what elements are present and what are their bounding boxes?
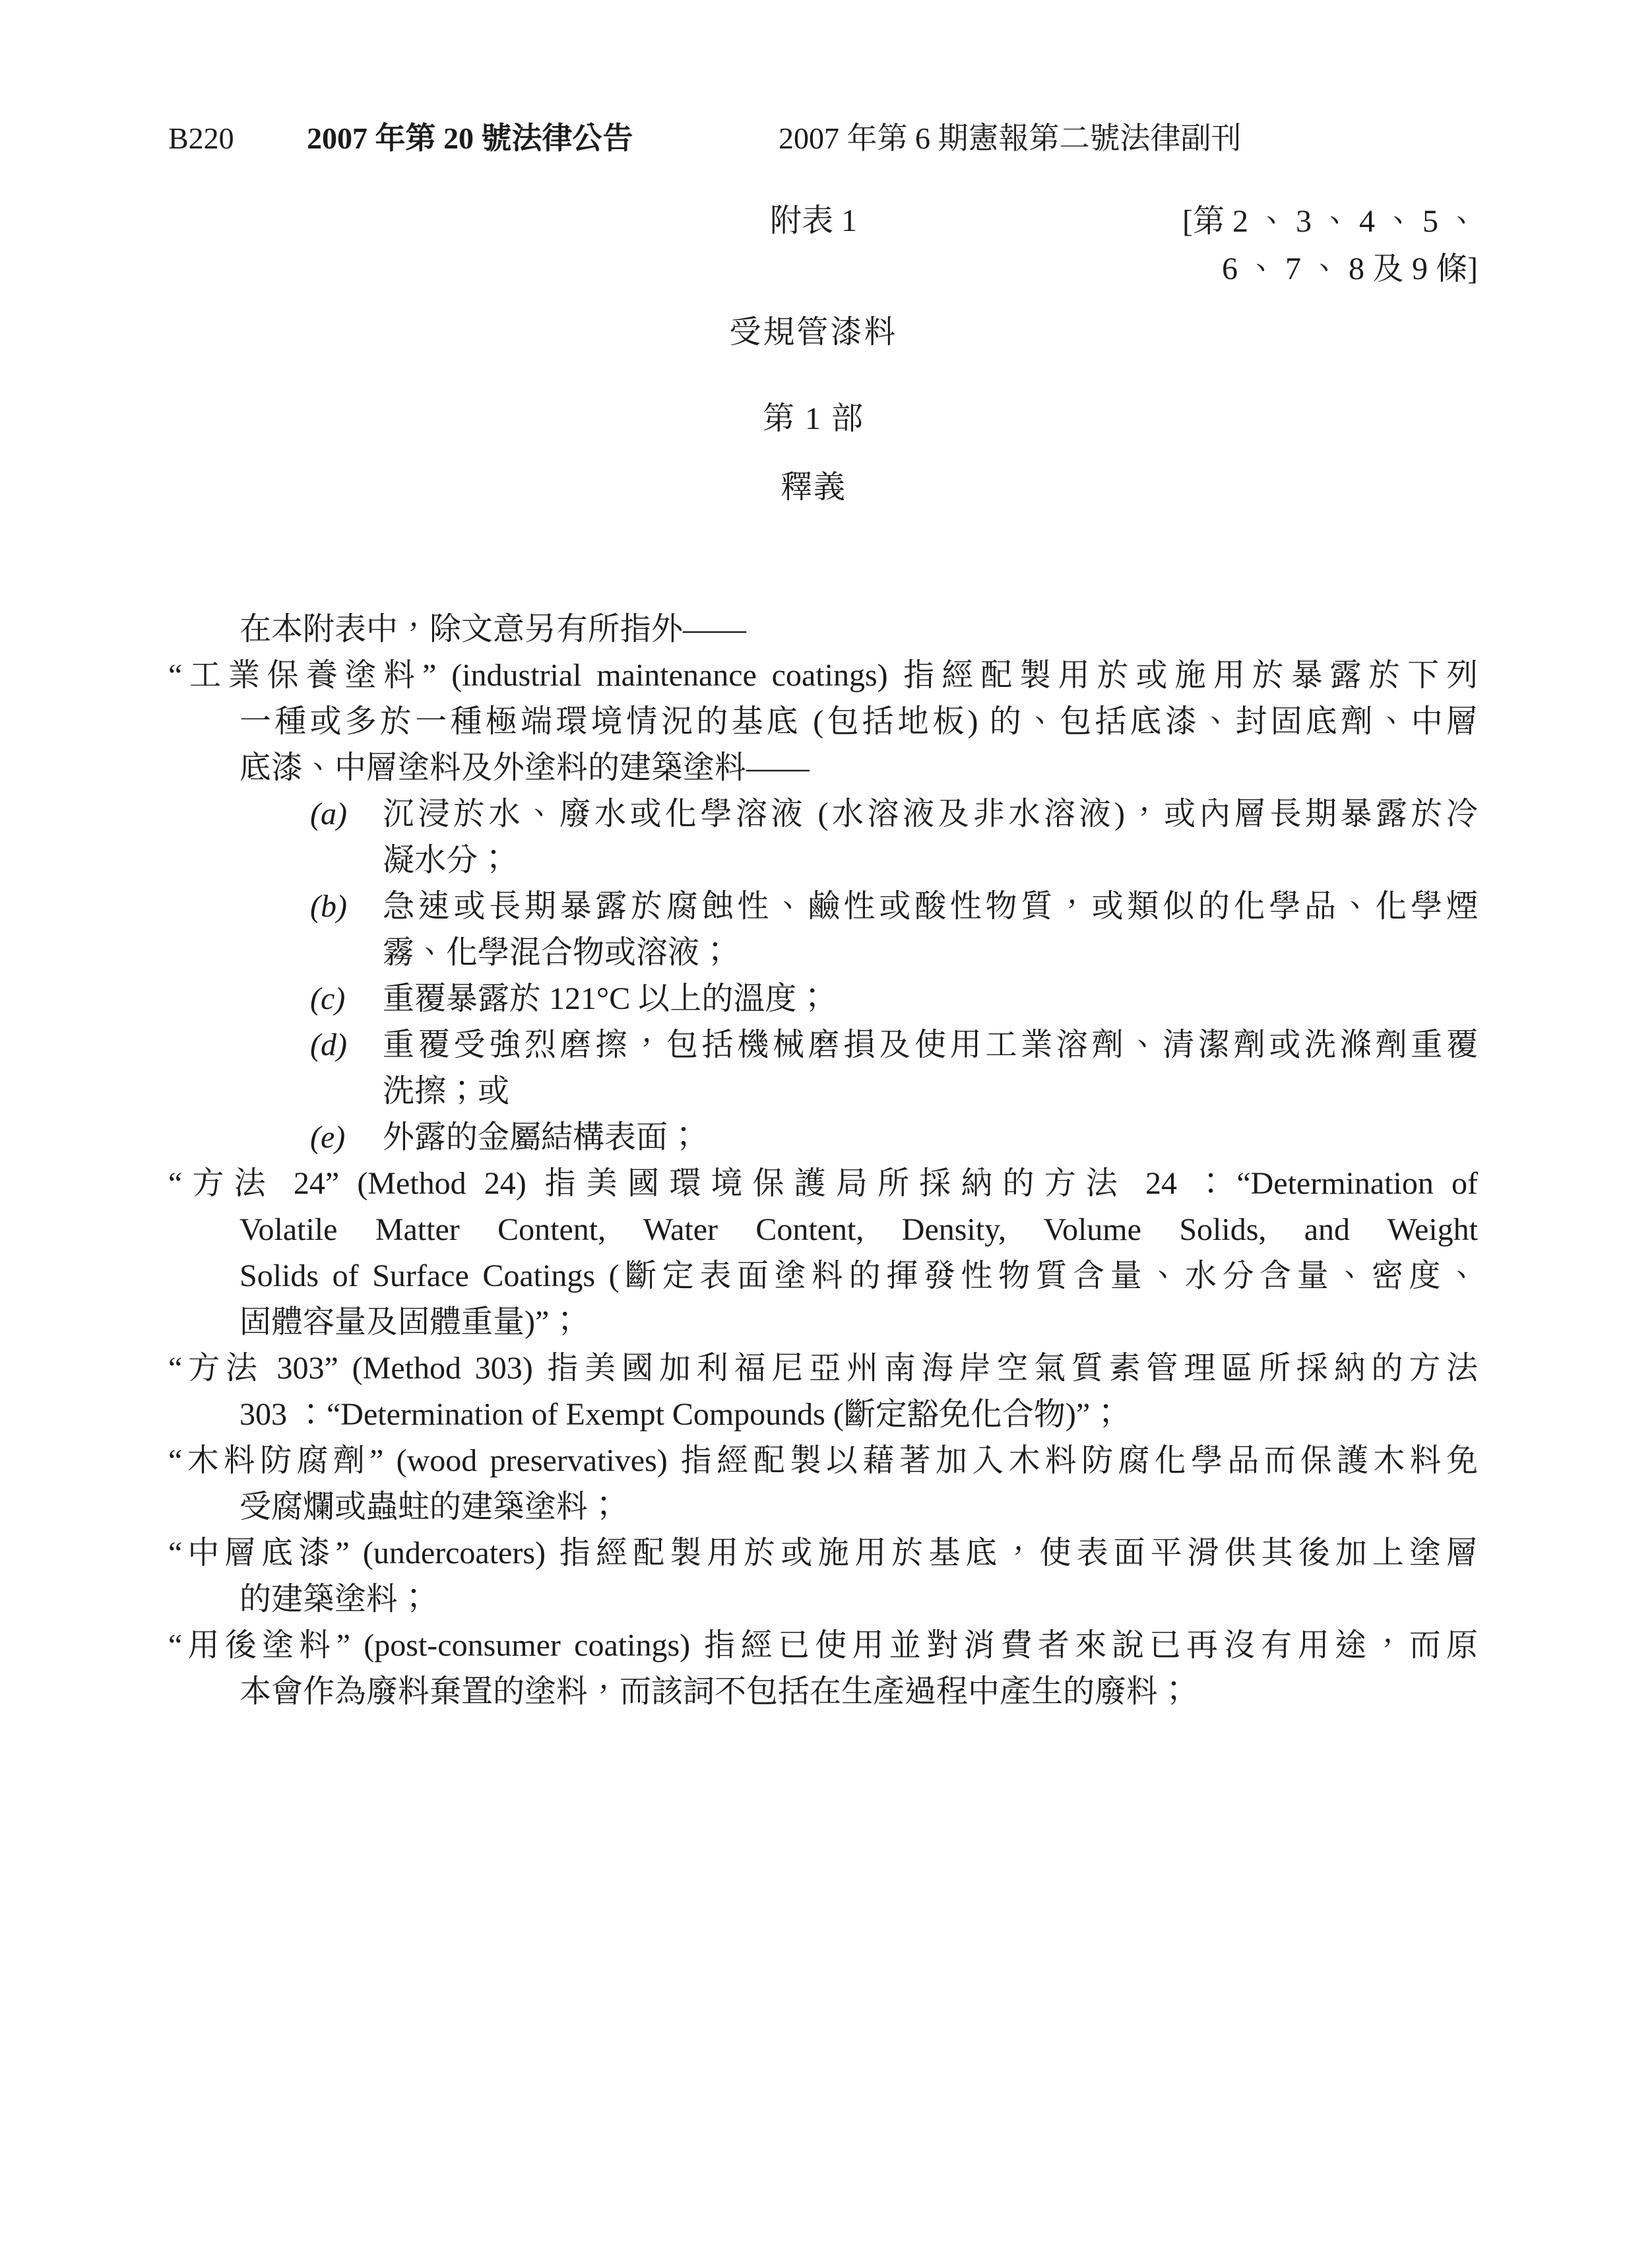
body-line: 凝水分； bbox=[168, 837, 1478, 884]
body-line: 一種或多於一種極端環境情況的基底 (包括地板) 的、包括底漆、封固底劑、中層 bbox=[168, 699, 1478, 745]
line-text: “方法 303” (Method 303) 指美國加利福尼亞州南海岸空氣質素管理… bbox=[168, 1345, 1478, 1392]
line-text: 重覆受強烈磨擦，包括機械磨損及使用工業溶劑、清潔劑或洗滌劑重覆 bbox=[383, 1022, 1478, 1068]
line-text: 的建築塗料； bbox=[239, 1576, 1478, 1623]
definition-list-line: (e)外露的金屬結構表面； bbox=[168, 1115, 1478, 1161]
body-line: 303 ：“Determination of Exempt Compounds … bbox=[168, 1392, 1478, 1438]
gazette-page: B220 2007 年第 20 號法律公告 2007 年第 6 期憲報第二號法律… bbox=[0, 0, 1627, 2268]
line-text: 本會作為廢料棄置的塗料，而該詞不包括在生產過程中產生的廢料； bbox=[239, 1669, 1478, 1715]
line-text: “用後塗料” (post-consumer coatings) 指經已使用並對消… bbox=[168, 1623, 1478, 1669]
gazette-title: 2007 年第 6 期憲報第二號法律副刊 bbox=[779, 123, 1242, 154]
line-text: 霧、化學混合物或溶液； bbox=[383, 930, 1478, 976]
line-text: “工業保養塗料” (industrial maintenance coating… bbox=[168, 653, 1478, 699]
body-line: 本會作為廢料棄置的塗料，而該詞不包括在生產過程中產生的廢料； bbox=[168, 1669, 1478, 1715]
line-text: 急速或長期暴露於腐蝕性、鹼性或酸性物質，或類似的化學品、化學煙 bbox=[383, 884, 1478, 930]
body-line: 洗擦；或 bbox=[168, 1068, 1478, 1115]
running-header: B220 2007 年第 20 號法律公告 2007 年第 6 期憲報第二號法律… bbox=[0, 123, 1627, 156]
list-item-marker: (e) bbox=[310, 1115, 345, 1161]
line-text: 底漆、中層塗料及外塗料的建築塗料—— bbox=[239, 745, 1478, 791]
definition-list-line: (a)沉浸於水、廢水或化學溶液 (水溶液及非水溶液)，或內層長期暴露於冷 bbox=[168, 791, 1478, 837]
list-item-marker: (a) bbox=[310, 791, 347, 837]
list-item-marker: (c) bbox=[310, 976, 345, 1022]
body-line: 受腐爛或蟲蛀的建築塗料； bbox=[168, 1484, 1478, 1530]
list-item-marker: (b) bbox=[310, 884, 347, 930]
line-text: 在本附表中，除文意另有所指外—— bbox=[239, 606, 1478, 653]
part-heading: 釋義 bbox=[0, 465, 1627, 511]
body-line: Volatile Matter Content, Water Content, … bbox=[168, 1207, 1478, 1253]
section-references-line2: 6 、 7 、 8 及 9 條] bbox=[1182, 245, 1478, 293]
body-line: “方法 24” (Method 24) 指美國環境保護局所採納的方法 24 ：“… bbox=[168, 1161, 1478, 1207]
schedule-title: 受規管漆料 bbox=[0, 309, 1627, 356]
line-text: 一種或多於一種極端環境情況的基底 (包括地板) 的、包括底漆、封固底劑、中層 bbox=[239, 699, 1478, 745]
body-line: “工業保養塗料” (industrial maintenance coating… bbox=[168, 653, 1478, 699]
line-text: Solids of Surface Coatings (斷定表面塗料的揮發性物質… bbox=[239, 1253, 1478, 1299]
line-text: 受腐爛或蟲蛀的建築塗料； bbox=[239, 1484, 1478, 1530]
line-text: 凝水分； bbox=[383, 837, 1478, 884]
list-item-marker: (d) bbox=[310, 1022, 347, 1068]
definition-list-line: (b)急速或長期暴露於腐蝕性、鹼性或酸性物質，或類似的化學品、化學煙 bbox=[168, 884, 1478, 930]
line-text: 洗擦；或 bbox=[383, 1068, 1478, 1115]
line-text: 303 ：“Determination of Exempt Compounds … bbox=[239, 1392, 1478, 1438]
body-line: 的建築塗料； bbox=[168, 1576, 1478, 1623]
section-references-line1: [第 2 、 3 、 4 、 5 、 bbox=[1182, 198, 1478, 245]
line-text: 重覆暴露於 121°C 以上的溫度； bbox=[383, 976, 1478, 1022]
section-references: [第 2 、 3 、 4 、 5 、 6 、 7 、 8 及 9 條] bbox=[1182, 198, 1478, 293]
line-text: Volatile Matter Content, Water Content, … bbox=[239, 1207, 1478, 1253]
page-number: B220 bbox=[168, 123, 234, 154]
legal-notice-title: 2007 年第 20 號法律公告 bbox=[307, 123, 633, 154]
body: 在本附表中，除文意另有所指外——“工業保養塗料” (industrial mai… bbox=[168, 606, 1478, 1715]
line-text: 沉浸於水、廢水或化學溶液 (水溶液及非水溶液)，或內層長期暴露於冷 bbox=[383, 791, 1478, 837]
body-line: “用後塗料” (post-consumer coatings) 指經已使用並對消… bbox=[168, 1623, 1478, 1669]
body-line: 霧、化學混合物或溶液； bbox=[168, 930, 1478, 976]
body-line: 在本附表中，除文意另有所指外—— bbox=[168, 606, 1478, 653]
body-line: “中層底漆” (undercoaters) 指經配製用於或施用於基底，使表面平滑… bbox=[168, 1530, 1478, 1576]
definition-list-line: (c)重覆暴露於 121°C 以上的溫度； bbox=[168, 976, 1478, 1022]
body-line: 底漆、中層塗料及外塗料的建築塗料—— bbox=[168, 745, 1478, 791]
line-text: “方法 24” (Method 24) 指美國環境保護局所採納的方法 24 ：“… bbox=[168, 1161, 1478, 1207]
line-text: “木料防腐劑” (wood preservatives) 指經配製以藉著加入木料… bbox=[168, 1438, 1478, 1484]
body-line: Solids of Surface Coatings (斷定表面塗料的揮發性物質… bbox=[168, 1253, 1478, 1299]
body-line: “方法 303” (Method 303) 指美國加利福尼亞州南海岸空氣質素管理… bbox=[168, 1345, 1478, 1392]
line-text: “中層底漆” (undercoaters) 指經配製用於或施用於基底，使表面平滑… bbox=[168, 1530, 1478, 1576]
definition-list-line: (d)重覆受強烈磨擦，包括機械磨損及使用工業溶劑、清潔劑或洗滌劑重覆 bbox=[168, 1022, 1478, 1068]
part-number: 第 1 部 bbox=[0, 396, 1627, 442]
body-line: “木料防腐劑” (wood preservatives) 指經配製以藉著加入木料… bbox=[168, 1438, 1478, 1484]
line-text: 外露的金屬結構表面； bbox=[383, 1115, 1478, 1161]
line-text: 固體容量及固體重量)”； bbox=[239, 1299, 1478, 1345]
body-line: 固體容量及固體重量)”； bbox=[168, 1299, 1478, 1345]
